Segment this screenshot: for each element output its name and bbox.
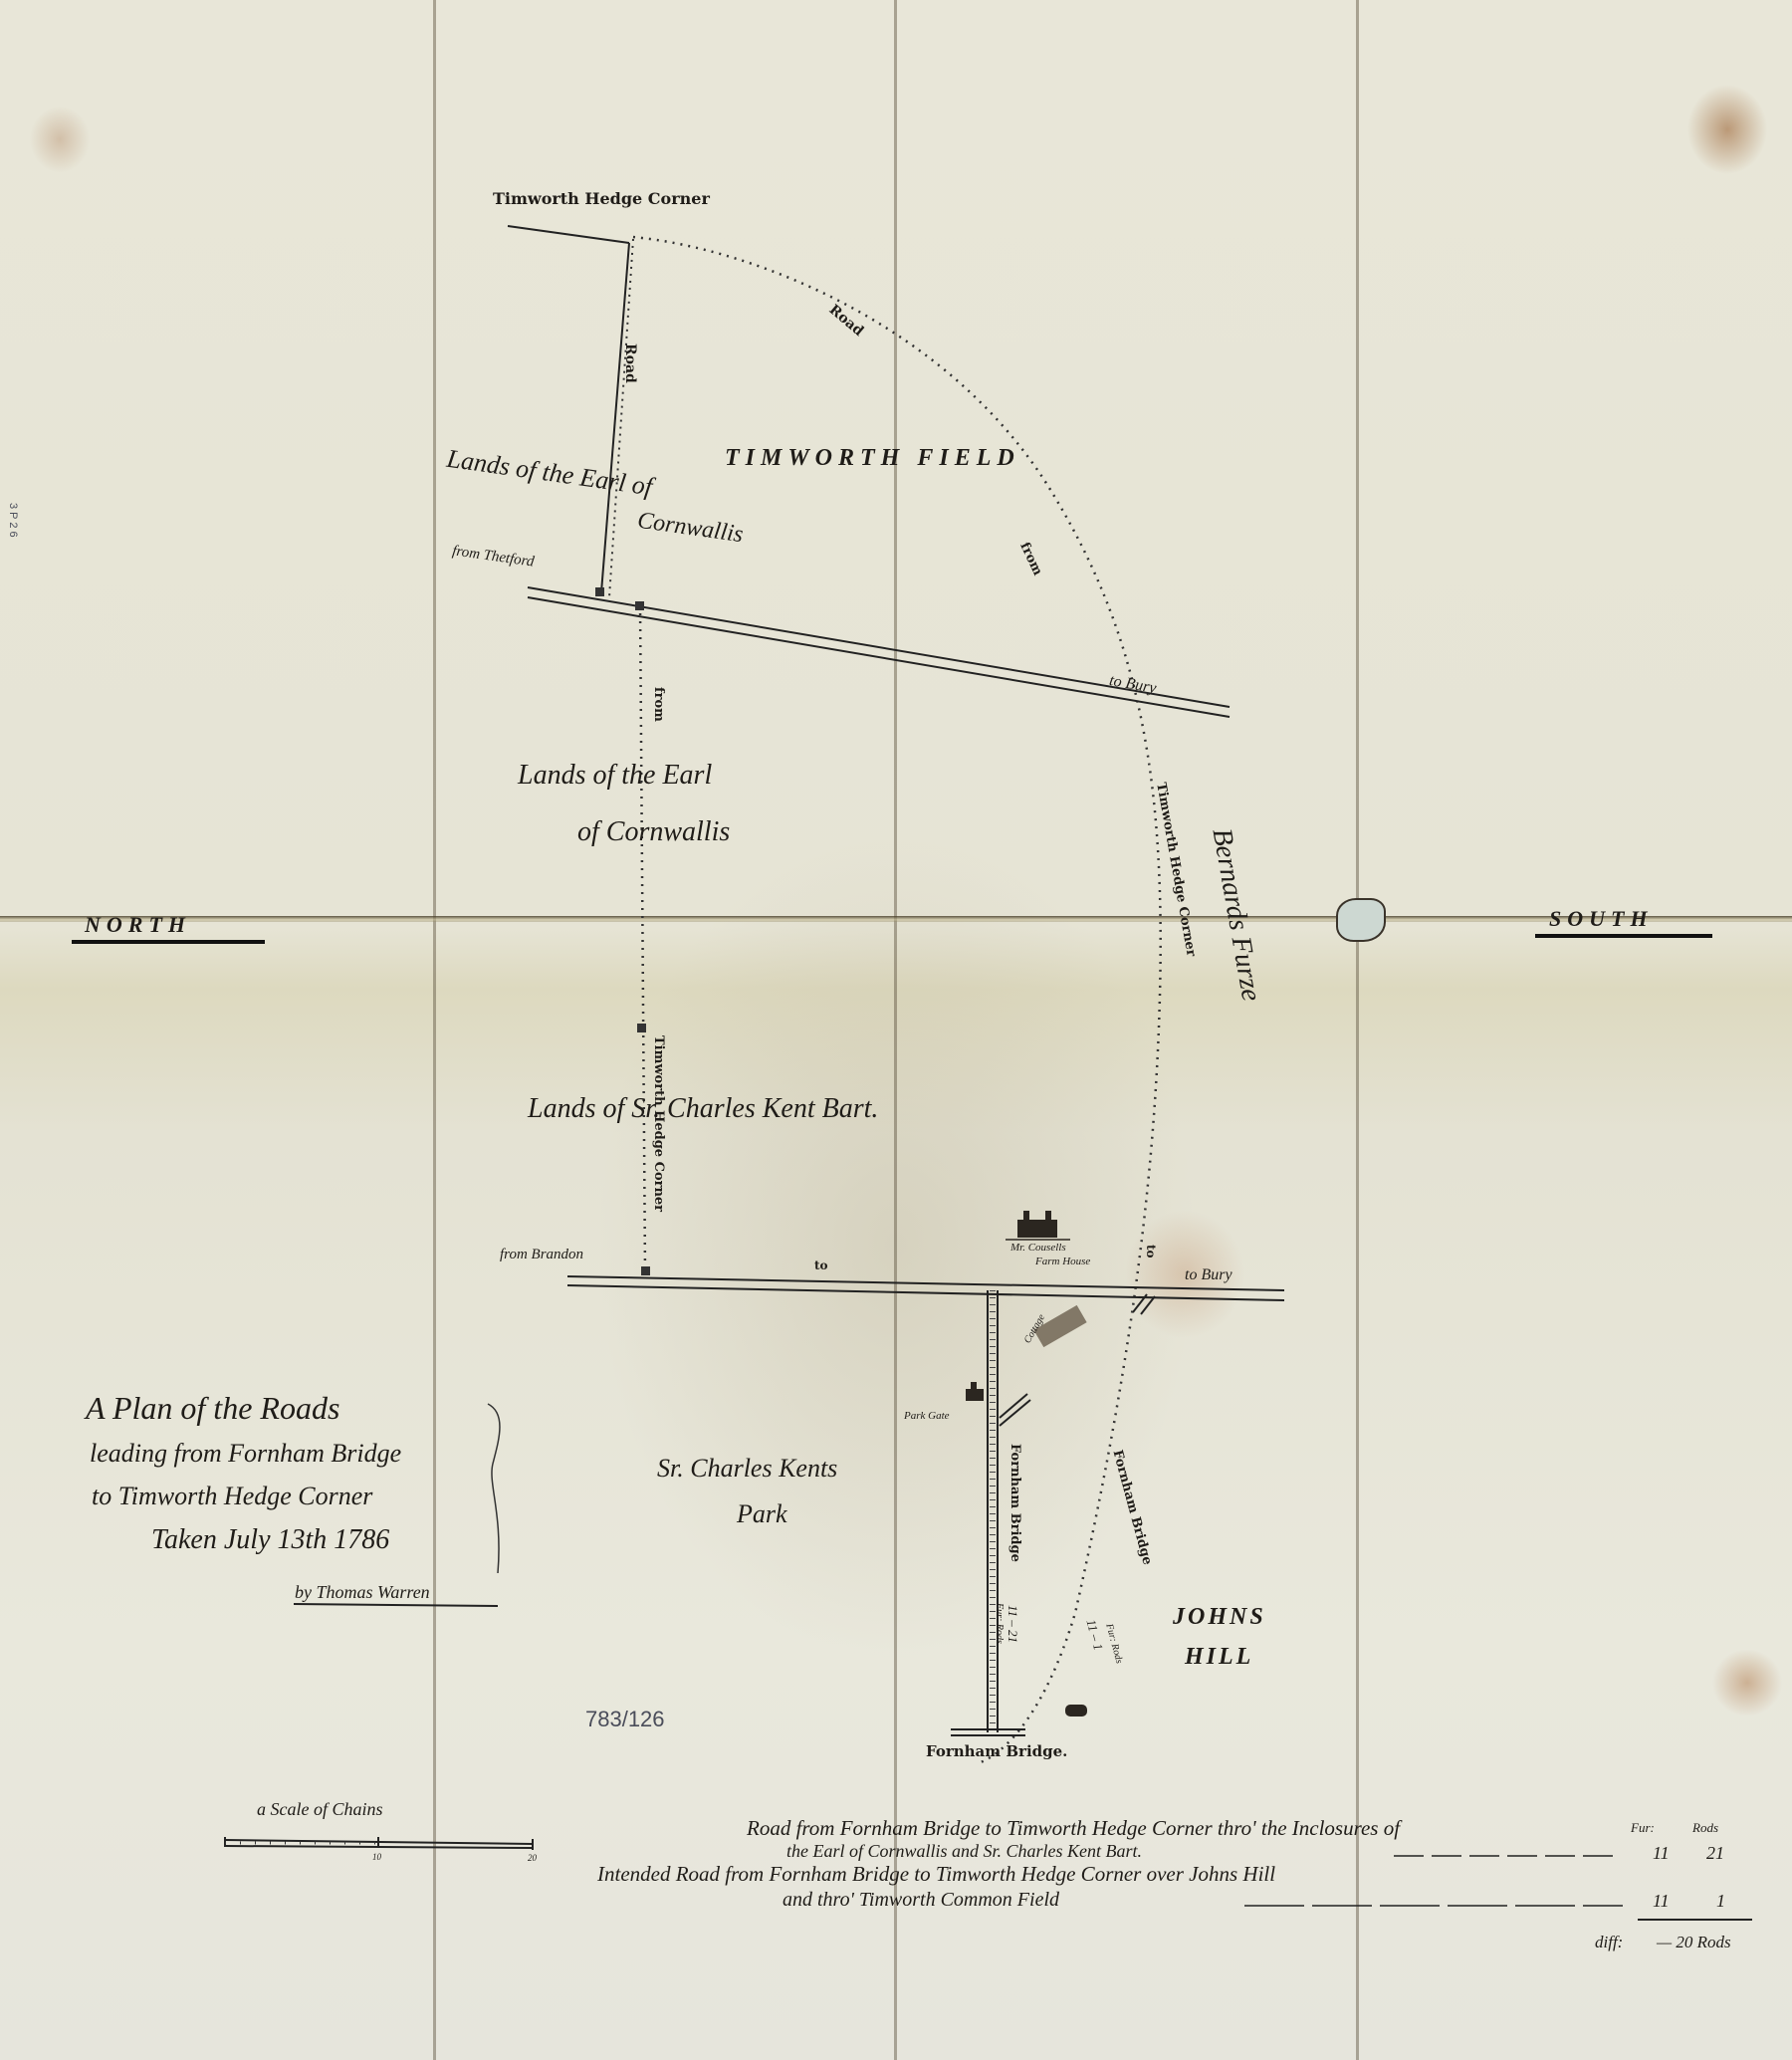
label-fornham-bridge-straight: Fornham Bridge (1008, 1444, 1021, 1562)
park-gate-house-icon (966, 1382, 984, 1401)
label-from-dotted: from (652, 687, 665, 722)
label-farm-house-a: Mr. Cousells (1010, 1243, 1066, 1254)
region-lands-kent: Lands of Sr. Charles Kent Bart. (528, 1095, 878, 1123)
region-lands-cornwallis-2b: of Cornwallis (577, 818, 730, 846)
orientation-north: NORTH (85, 914, 191, 936)
label-fornham-bridge: Fornham Bridge. (926, 1744, 1067, 1759)
label-to-curve: to (1145, 1245, 1157, 1259)
archive-reference: 783/126 (585, 1709, 665, 1730)
label-park-gate: Park Gate (904, 1411, 950, 1422)
bridge-cottage-icon (1065, 1705, 1087, 1717)
region-timworth-field: TIMWORTH FIELD (725, 446, 1020, 470)
summary-row2-line2: and thro' Timworth Common Field (783, 1890, 1059, 1910)
title-line-2: leading from Fornham Bridge (90, 1441, 401, 1467)
region-johns-hill-2: HILL (1185, 1645, 1253, 1669)
summary-row2-fur: 11 (1653, 1892, 1670, 1910)
summary-row1-line1: Road from Fornham Bridge to Timworth Hed… (747, 1818, 1400, 1839)
summary-diff-label: diff: (1595, 1934, 1623, 1950)
label-dist-straight-units: Fur: Rods (994, 1603, 1004, 1644)
label-timworth-hedge-corner: Timworth Hedge Corner (493, 191, 710, 207)
title-line-1: A Plan of the Roads (86, 1392, 339, 1424)
label-road-vertical: Road (623, 343, 637, 383)
summary-header-rods: Rods (1692, 1821, 1718, 1834)
summary-header-fur: Fur: (1631, 1821, 1655, 1834)
summary-row2-line1: Intended Road from Fornham Bridge to Tim… (597, 1864, 1275, 1885)
summary-row1-rods: 21 (1706, 1844, 1724, 1862)
region-kents-park-b: Park (737, 1501, 787, 1527)
margin-note: 3 P 2 6 (7, 503, 18, 538)
title-signature: by Thomas Warren (295, 1583, 430, 1601)
region-lands-cornwallis-2a: Lands of the Earl (518, 762, 712, 790)
orientation-south: SOUTH (1549, 908, 1654, 930)
road-lines (0, 0, 1792, 2060)
label-to-bury-2: to Bury (1185, 1267, 1232, 1283)
label-farm-house-b: Farm House (1035, 1257, 1090, 1267)
summary-row1-fur: 11 (1653, 1844, 1670, 1862)
label-from-brandon: from Brandon (500, 1248, 583, 1262)
region-johns-hill-1: JOHNS (1173, 1605, 1266, 1629)
title-line-4: Taken July 13th 1786 (151, 1526, 389, 1554)
label-dist-straight-value: 11 – 21 (1007, 1605, 1019, 1643)
scale-tick-10: 10 (372, 1853, 381, 1862)
summary-diff-value: — 20 Rods (1657, 1934, 1731, 1950)
scale-tick-20: 20 (528, 1854, 537, 1863)
label-to-middle: to (814, 1259, 828, 1271)
region-kents-park-a: Sr. Charles Kents (657, 1456, 837, 1482)
summary-row1-line2: the Earl of Cornwallis and Sr. Charles K… (786, 1842, 1142, 1860)
scale-label: a Scale of Chains (257, 1800, 383, 1818)
title-line-3: to Timworth Hedge Corner (92, 1484, 372, 1509)
farm-house-icon (1006, 1211, 1070, 1240)
summary-row2-rods: 1 (1716, 1892, 1725, 1910)
